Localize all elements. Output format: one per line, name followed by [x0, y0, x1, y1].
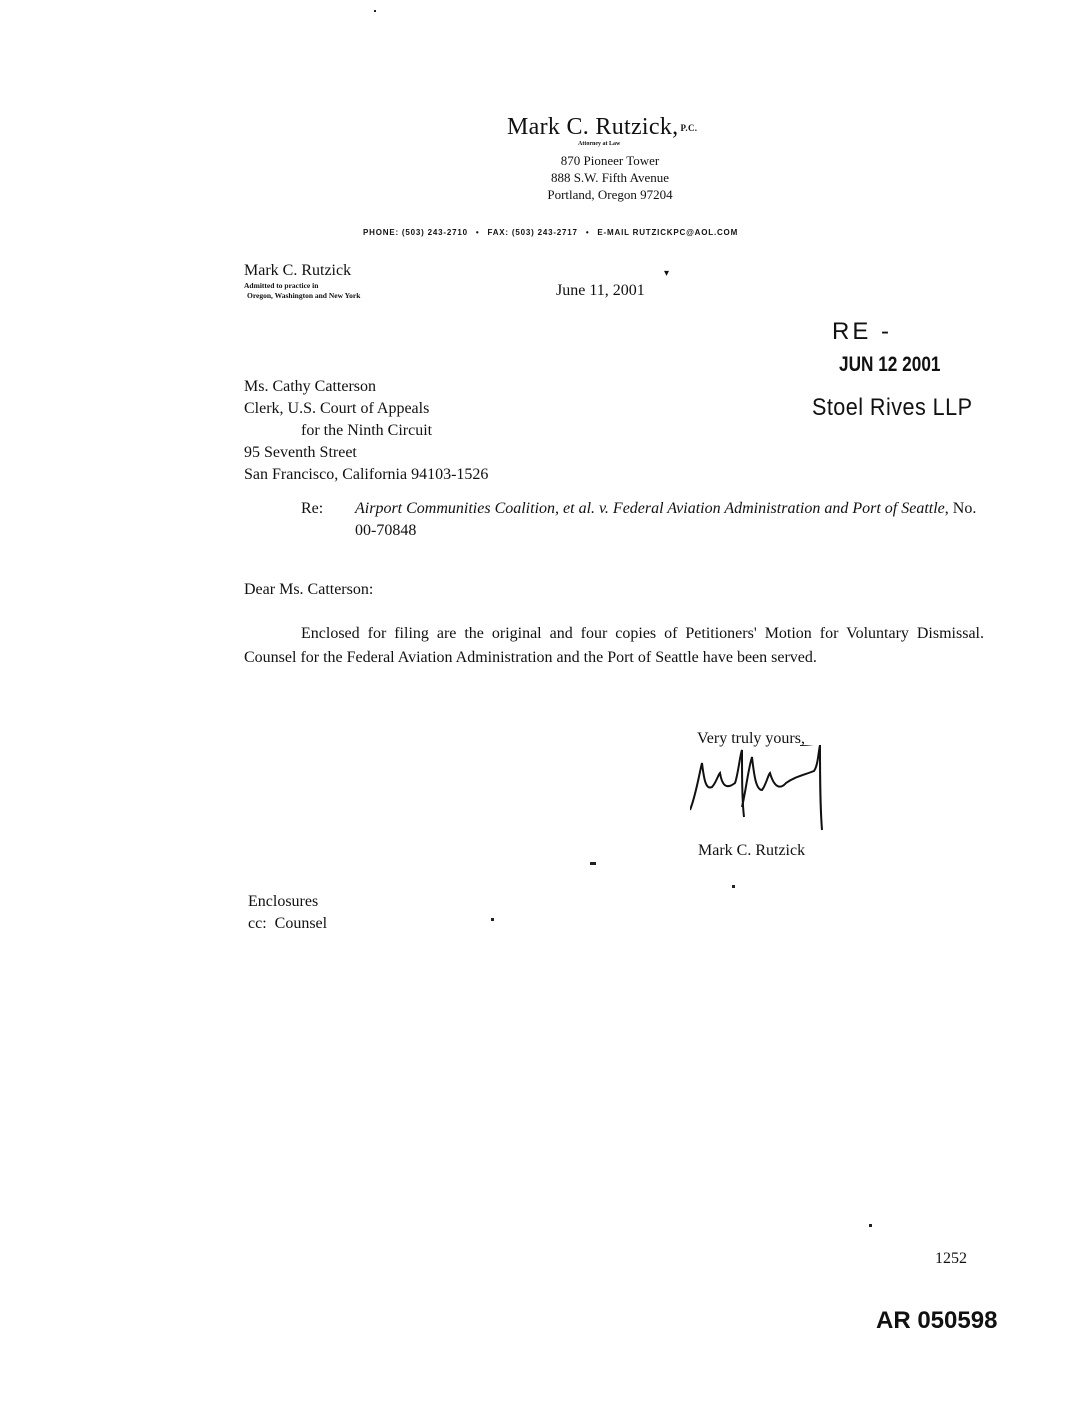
stamp-received: RE - [832, 318, 892, 346]
speck-mark: ▾ [664, 268, 669, 279]
enclosures-label: Enclosures [248, 891, 327, 913]
re-subject: Airport Communities Coalition, et al. v.… [355, 498, 995, 542]
re-label: Re: [301, 500, 323, 518]
letter-date: June 11, 2001 [556, 282, 645, 300]
bullet-separator: • [476, 228, 480, 237]
fax: FAX: (503) 243-2717 [487, 228, 577, 237]
enclosures-block: Enclosures cc: Counsel [248, 891, 327, 935]
recipient-line: San Francisco, California 94103-1526 [244, 464, 488, 486]
scan-speck [491, 918, 494, 921]
recipient-line: for the Ninth Circuit [244, 420, 488, 442]
address-line: 888 S.W. Fifth Avenue [520, 169, 700, 186]
ar-number: AR 050598 [876, 1307, 997, 1335]
stamp-firm: Stoel Rives LLP [812, 394, 972, 422]
salutation: Dear Ms. Catterson: [244, 581, 373, 599]
scan-speck [374, 10, 376, 12]
recipient-line: Clerk, U.S. Court of Appeals [244, 398, 488, 420]
phone: PHONE: (503) 243-2710 [363, 228, 468, 237]
signature-icon [690, 745, 850, 835]
email: E-MAIL RUTZICKPC@AOL.COM [597, 228, 738, 237]
address-line: Portland, Oregon 97204 [520, 186, 700, 203]
scan-speck [732, 885, 735, 888]
firm-suffix: P.C. [680, 123, 697, 133]
letterhead-firm-name: Mark C. Rutzick,P.C. [507, 114, 697, 141]
cc-line: cc: Counsel [248, 913, 327, 935]
admission-line: Oregon, Washington and New York [244, 291, 360, 301]
firm-name: Mark C. Rutzick, [507, 114, 678, 140]
scan-speck [590, 862, 596, 865]
admission-line: Admitted to practice in [244, 281, 360, 291]
letterhead-contact: PHONE: (503) 243-2710•FAX: (503) 243-271… [363, 228, 738, 237]
recipient-address: Ms. Cathy Catterson Clerk, U.S. Court of… [244, 376, 488, 486]
sender-name: Mark C. Rutzick [244, 262, 351, 280]
recipient-line: Ms. Cathy Catterson [244, 376, 488, 398]
body-paragraph: Enclosed for filing are the original and… [244, 622, 984, 670]
stamp-date: JUN 12 2001 [839, 353, 940, 377]
case-title: Airport Communities Coalition, et al. v.… [355, 500, 945, 517]
bullet-separator: • [586, 228, 590, 237]
address-line: 870 Pioneer Tower [520, 152, 700, 169]
letterhead-subtitle: Attorney at Law [578, 141, 620, 147]
scan-speck [869, 1224, 872, 1227]
signer-name: Mark C. Rutzick [698, 842, 805, 860]
page-number: 1252 [935, 1250, 967, 1268]
recipient-line: 95 Seventh Street [244, 442, 488, 464]
sender-admission: Admitted to practice in Oregon, Washingt… [244, 281, 360, 301]
letterhead-address: 870 Pioneer Tower 888 S.W. Fifth Avenue … [520, 152, 700, 203]
